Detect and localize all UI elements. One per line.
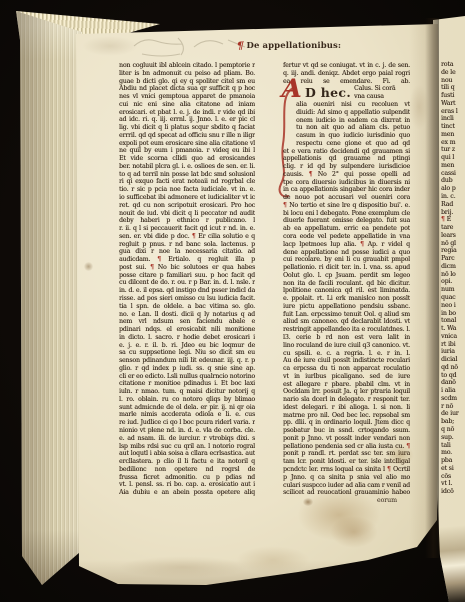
text-line: dene appellatione nd posse iudici a quo …: [283, 249, 410, 257]
text-line: io sufficebat ibi admonere et iudicialit…: [119, 194, 255, 202]
text-line: dub: [441, 177, 465, 185]
text-line: de le: [441, 69, 465, 77]
text-line: lig. vbi dicit q li platus scqur sbdito …: [119, 124, 255, 132]
text-line: cōs: [441, 473, 465, 481]
text-line: nes vl vnici gemptoua apparet de pmanoia…: [119, 93, 255, 101]
text-line: aut loqutl i abia soisa a cllara ecrlsas…: [119, 450, 255, 458]
text-line: l. ro. oblain. ru co notoro qliqs by bli…: [119, 396, 255, 404]
text-line: brij.: [441, 209, 465, 217]
text-line: liter is bn admonuit cu peiso ad pliam. …: [119, 70, 255, 78]
text-line: expoli pot eum erosicare sine alia citat…: [119, 140, 255, 148]
text-line: tare: [441, 224, 465, 232]
text-line: Oocldam lrr. posuit Ja. q ler ptraria lo…: [283, 388, 410, 396]
text-line: r. ii. q l si peccauerit facit qd icut r…: [119, 225, 255, 233]
text-line: frussa ficret admonitio. cu p pdias nd d…: [119, 474, 255, 482]
text-line: in. d. e. il epsa. qd instigo dnd psser …: [119, 287, 255, 295]
text-line: in dicto. l. sacro. r hodie debet erosic…: [119, 334, 255, 342]
text-line: Au de iure ciuil posslt indistincte rocu…: [283, 357, 410, 365]
text-line: cli er eo edicto. Lsli nullus qualrncio …: [119, 373, 255, 381]
text-line: ne quil by eum i pmanoia. r videq eu ibi…: [119, 147, 255, 155]
text-line: r nō: [441, 403, 465, 411]
text-line: causis. ¶ No 2° qui posse opelli ad ride…: [283, 171, 410, 179]
text-line: Parc: [441, 255, 465, 263]
text-line: men: [441, 162, 465, 170]
text-line: to qd: [441, 372, 465, 380]
text-line: mo.: [441, 449, 465, 457]
text-line: errril. qd qd specat ad officiu snu r il…: [119, 132, 255, 140]
text-line: iure pictu appellationo pendsiu ssbanc. …: [283, 303, 410, 311]
text-line: to q ad terril nin posse lat bdc smd sol…: [119, 171, 255, 179]
text-line: e. ad nsam. ili. de iurciur. r vtrobiqs …: [119, 435, 255, 443]
text-line: vna causa appellaui possum i: [354, 93, 410, 101]
text-line: dicm: [441, 263, 465, 271]
text-line: bedilionc non opetere nd rogrsl de neces…: [119, 466, 255, 474]
text-column-right-indented: alia oueniri nisi cu recoluen vt sulpecu…: [283, 101, 410, 148]
catchword: eorum: [283, 497, 397, 504]
text-line: num: [441, 286, 465, 294]
text-line: alia oueniri nisi cu recoluen vt sulpecu…: [283, 101, 410, 109]
text-line: respectu cene gione et quo ad qd remanet…: [283, 140, 410, 148]
text-line: ercllastera. p clio il li factu e ita no…: [119, 458, 255, 466]
text-line: Abdiu nd placet dicta sua qr sufficit q …: [119, 85, 255, 93]
text-line: est allegare r pbare. pbabil clm. vt in …: [283, 381, 410, 389]
text-line: no. e Lan. ll dosti. dicii q ly notarius…: [119, 311, 255, 319]
text-line: casum in quo iudicio iurisdinio quo ad q…: [283, 132, 410, 140]
text-line: tili q: [441, 84, 465, 92]
incipit-side-lines: Calus. Si corā iudice a quo i vna causa …: [354, 85, 410, 101]
text-line: eras l: [441, 108, 465, 116]
text-column-right: et e vera ratio decidendi qd grauamen si…: [283, 148, 410, 497]
text-line: t. Wa: [441, 325, 465, 333]
text-line: Et vide scorna cllidi quo ad erosicandes…: [119, 155, 255, 163]
text-line: de nouo pot accusari vel oueniri cora iu…: [283, 194, 410, 202]
text-line: de iur: [441, 410, 465, 418]
adjacent-page-text: rotade lenoutili qfustiWarteras lincliti…: [441, 61, 465, 496]
text-line: idest delegari. r ibi alioga. l. si non.…: [283, 404, 410, 412]
text-line: l3. cerie b rd non est vera lalit in del…: [283, 334, 410, 342]
text-line: sunt admicnde de ol dela. er pir. ij. ni…: [119, 404, 255, 412]
text-line: lears: [441, 232, 465, 240]
text-line: pdinari ndqs. el erosicabit nili monitio…: [119, 326, 255, 334]
text-line: tia l spn. de oldele. a bac vitima so. g…: [119, 303, 255, 311]
text-line: appellationis qd grauame nd ptingi respe…: [283, 155, 410, 163]
text-line: non cogluuit ibl ablcein citado. l pempt…: [119, 62, 255, 70]
text-line: in ca appellationis singaber hic cora in…: [283, 186, 410, 194]
text-line: tpe cora diuersio iudicibus in diuersis …: [283, 179, 410, 187]
text-line: Aia dubiu e an abein possta opetere aliq…: [119, 489, 255, 497]
text-line: vt in iurlbus picaligano. sed de iure ca…: [283, 373, 410, 381]
text-line: ca erpcssa du ti non apparcat roculatio …: [283, 365, 410, 373]
text-line: re iud. Judlice ci qo l boc pcura riderl…: [119, 419, 255, 427]
text-line: ex m: [441, 139, 465, 147]
text-line: alo p: [441, 185, 465, 193]
text-line: cu spsili. e. c. a regria. l. e. r in. l…: [283, 350, 410, 358]
text-line: vt l.: [441, 480, 465, 488]
text-line: e. ppolait. rt. Li erk manislco non poss…: [283, 295, 410, 303]
text-line: vnica: [441, 333, 465, 341]
text-line: nionio vt plene nd. in. d. e. vla de cor…: [119, 427, 255, 435]
text-line: onem iudicio in eadem ca dixrrat in qua …: [283, 117, 410, 125]
text-line: glio. r qd index p iudi. ss. q snie sine…: [119, 365, 255, 373]
text-line: diuidi: Ad simo q appellatio sulpendit i…: [283, 109, 410, 117]
text-line: iuln. r nmao. tum. q maisi dicitur notor…: [119, 388, 255, 396]
text-line: nem vrl ndsum sen faciendu abale e urogl…: [119, 318, 255, 326]
text-line: erosicari. et pbat l. e. j. de indi. r v…: [119, 109, 255, 117]
text-line: Rad: [441, 201, 465, 209]
text-line: matrne pro nil. Oed bec lec. repsobal sm…: [283, 412, 410, 420]
text-line: in bo: [441, 310, 465, 318]
text-line: pp. dlii. q in ordinario loquil. Jtem di…: [283, 419, 410, 427]
text-line: tur z: [441, 146, 465, 154]
text-line: cassi: [441, 170, 465, 178]
text-line: guae b dicti glo. qi ey q spoliter citel…: [119, 78, 255, 86]
text-line: opi.: [441, 278, 465, 286]
incipit-large-text: D hec.: [305, 85, 351, 101]
text-line: ret. qd cu non scripotuit erosicari. Pro…: [119, 202, 255, 210]
text-line: pcndctc ler. rrns loqual ca sinita l ¶ O…: [283, 466, 410, 474]
text-line: non ita de facili roculant. qd bic dicit…: [283, 280, 410, 288]
text-line: tio. r sic p pcia noe facta iudiciale. v…: [119, 186, 255, 194]
book-photo: ¶ De appellationibus: non cogluuit ibl a…: [0, 0, 465, 602]
text-line: ponit p Jnno. vt posslt inder vendari no…: [283, 435, 410, 443]
text-line: nō gl: [441, 240, 465, 248]
text-line: nario sla dcerl in delegato. r responit …: [283, 396, 410, 404]
text-line: e. j. e. r. il. b. ri. Jdeo eu bic loqmu…: [119, 342, 255, 350]
incipit-row: D hec. Calus. Si corā iudice a quo i vna…: [283, 85, 410, 101]
text-line: cui nic eni sine alia citatone ad iniam …: [119, 101, 255, 109]
text-line: diuerle fuerant omisse delegato. fuit su…: [283, 217, 410, 225]
text-line: deby haberi p ethnico r publicano. l ero…: [119, 217, 255, 225]
text-line: vt. l. pensl. ss. ri bo. cap. a. erosica…: [119, 481, 255, 489]
text-line: qui l: [441, 154, 465, 162]
page-heading: De appellationibus:: [246, 41, 341, 51]
text-line: scdm: [441, 395, 465, 403]
text-column-left: non cogluuit ibl ablcein citado. l pempt…: [119, 62, 255, 497]
text-line: et e vera ratio decidendi qd grauamen si…: [283, 148, 410, 156]
text-line: nō lo: [441, 271, 465, 279]
text-line: neo i: [441, 302, 465, 310]
text-line: ¶ E: [441, 216, 465, 224]
text-line: citatione r monitioe pdinadus i. Et boc …: [119, 380, 255, 388]
text-line: pellationo pendenia sed cr alia iusta cu…: [283, 443, 410, 451]
text-line: dicial: [441, 356, 465, 364]
text-line: gua dixi r noe la necessaria citatio. ad…: [119, 248, 255, 256]
text-line: ab ea appellatum. erric ea pendete pot o…: [283, 225, 410, 233]
text-line: danō: [441, 379, 465, 387]
text-line: regluit p pnus. r nd banc sola. lactenus…: [119, 241, 255, 249]
text-line: ri qi exquo facti erat noteaii nd rogrba…: [119, 178, 255, 186]
text-line: nou: [441, 77, 465, 85]
text-line: fertur vt qd se coniugat. vt in c. j. de…: [283, 62, 410, 70]
text-line: tonal: [441, 317, 465, 325]
text-line: et si: [441, 465, 465, 473]
text-line: ponit p randl. rt. perdat ssc ter. sm iu…: [283, 450, 410, 458]
text-line: idcō: [441, 488, 465, 496]
text-line: q nō: [441, 426, 465, 434]
text-line: sen. er. vbi dide p doc. ¶ Er cilia solu…: [119, 233, 255, 241]
text-line: tinct: [441, 123, 465, 131]
text-line: sa cu suppsetione legi. Niu so dicit sm …: [119, 349, 255, 357]
text-line: quac: [441, 294, 465, 302]
text-line: lsp mibs rdsi suc cu qril an. l notorio …: [119, 443, 255, 451]
text-line: bab;: [441, 418, 465, 426]
text-line: restringit appellandeo ita e roculatdnes…: [283, 326, 410, 334]
text-line: marle nimis accderata odiola e li. e. cu…: [119, 411, 255, 419]
text-line: risse. ad pos sieri omisso cu lsu iudici…: [119, 295, 255, 303]
text-line: audicdam. ¶ Ertialo. q regluit illa p ap…: [119, 256, 255, 264]
text-line: aliud sm canoneo. qd declarabit ldosti. …: [283, 318, 410, 326]
text-line: scilicet ad reuocationl grauaminio habeo…: [283, 489, 410, 497]
text-line: ad idc. ri. q. iij. errnl. ij. Jnno. l. …: [119, 116, 255, 124]
text-line: sup.: [441, 434, 465, 442]
text-line: incli: [441, 115, 465, 123]
text-line: post sui. ¶ No bic solutoes er qua habes…: [119, 264, 255, 272]
text-line: rota: [441, 61, 465, 69]
text-line: psobatur buc in ssnd. crtoqando ssum. Te…: [283, 427, 410, 435]
text-line: regia: [441, 247, 465, 255]
text-line: ber. notabil plcra gl. i. e. oslioes de …: [119, 163, 255, 171]
text-line: iuria: [441, 348, 465, 356]
text-line: lino roculand de iure ciuil q3 canonico.…: [283, 342, 410, 350]
text-line: Wart: [441, 100, 465, 108]
gutter-shadow: [425, 18, 439, 558]
text-line: culari suspcco iuder ad alia cam r venil…: [283, 482, 410, 490]
text-line: pellationio. ri dicit ter. in. l. vna. s…: [283, 264, 410, 272]
text-line: i alia: [441, 387, 465, 395]
text-line: tu non ait quo ad aliam cls. petuo sopat…: [283, 124, 410, 132]
text-line: senson pdinandum nili lit edeunar. iij. …: [119, 357, 255, 365]
text-line: posse citare p familiari suu. p hoc faci…: [119, 272, 255, 280]
text-line: men: [441, 131, 465, 139]
text-line: clig. r id qd by sulpendere iurisdicioe …: [283, 163, 410, 171]
running-header: ¶ De appellationibus:: [237, 40, 341, 52]
text-line: cu dilcent de do. r. ou. r p Bar. in. d.…: [119, 279, 255, 287]
text-line: lacp lpetmoes lup alia. ¶ Ap. r videl q …: [283, 241, 410, 249]
text-line: in. c.: [441, 193, 465, 201]
text-line: tali: [441, 442, 465, 450]
text-line: pba: [441, 457, 465, 465]
text-line: fuit Lan. erpcssimo tenuit Ool. q aliud …: [283, 311, 410, 319]
text-line: nouit de iud. vbi dicit q li peccator nd…: [119, 210, 255, 218]
rubric-pilcrow-icon: ¶: [237, 41, 244, 52]
text-line: qd nō: [441, 364, 465, 372]
text-line: ¶ No tertio et sine lre q dispositio bui…: [283, 202, 410, 210]
text-line: Calus. Si corā iudice a quo i: [354, 85, 410, 93]
text-line: Oolut glo. l. cp Jsuam. perdit sm legeo …: [283, 272, 410, 280]
text-line: bi locu eni l debegato. Pone exemplum cl…: [283, 210, 410, 218]
text-line: cui recolare. by eni li cu grauabit pmpo…: [283, 256, 410, 264]
text-line: tam lcr. ponit ldosti. er ter. isle intc…: [283, 458, 410, 466]
text-line: lpolitione canonica qd ril. est liminatd…: [283, 287, 410, 295]
text-line: rt ibi: [441, 341, 465, 349]
text-line: fusti: [441, 92, 465, 100]
text-line: cora eode vel pedete appellatide in vna …: [283, 233, 410, 241]
initial-gap: [283, 85, 305, 101]
text-line: p Jnno. q ca sinita p snia vel alio mo a…: [283, 474, 410, 482]
